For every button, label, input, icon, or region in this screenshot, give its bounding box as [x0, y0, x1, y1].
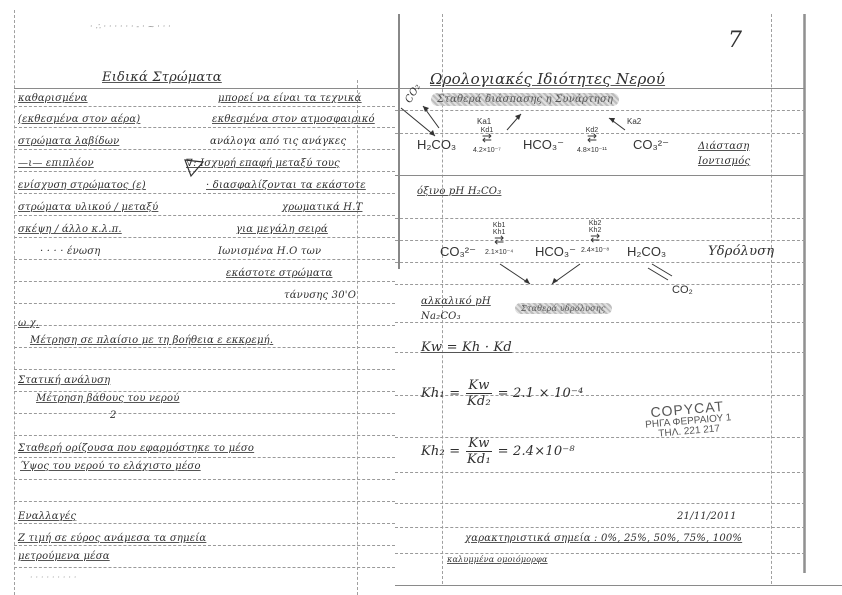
species-hco3-2: HCO₃⁻ — [535, 244, 576, 260]
page-edge — [803, 14, 806, 573]
ruled-line — [14, 325, 395, 326]
ruled-line — [395, 553, 805, 554]
ruled-line — [14, 435, 395, 436]
ruled-line — [14, 149, 395, 150]
right-col-line-9: εκάστοτε στρώματα — [226, 268, 332, 279]
ruled-line — [395, 218, 805, 219]
right-title: Ωρολογιακές Ιδιότητες Νερού — [430, 70, 665, 88]
ruled-line — [14, 567, 395, 568]
ka2-label: Ka2 — [627, 117, 641, 126]
kh1-equation: Kh₁ = Kw Kd₂ = 2.1 × 10⁻⁴ — [421, 378, 583, 409]
ruled-line — [14, 457, 395, 458]
ruled-line — [14, 369, 395, 370]
ruled-line — [14, 391, 395, 392]
left-col-line-8: · · · · ένωση — [40, 246, 100, 257]
species-co3-2: CO₃²⁻ — [440, 244, 476, 260]
species-h2co3: H₂CO₃ — [417, 137, 456, 152]
ruled-line — [14, 106, 395, 107]
ruled-line — [14, 501, 395, 502]
ruled-line — [395, 88, 805, 89]
page-number: 7 — [728, 28, 742, 53]
right-col-line-1: μπορεί να είναι τα τεχνικά — [218, 93, 362, 104]
left-col-line-6: στρώματα υλικού / μεταξύ — [18, 202, 158, 213]
lower-line-10: μετρούμενα μέσα — [18, 551, 110, 562]
lower-line-3: Στατική ανάλυση — [18, 375, 110, 386]
lower-line-5: 2 — [110, 410, 117, 421]
left-inner-line — [357, 80, 358, 595]
left-col-line-1: καθαρισμένα — [18, 93, 88, 104]
alkaline-note: αλκαλικό pH — [421, 296, 491, 307]
kh2-equation: Kh₂ = Kw Kd₁ = 2.4×10⁻⁸ — [421, 436, 575, 467]
right-col-line-4: ∇: Ισχυρή επαφή μεταξύ τους — [186, 158, 340, 169]
left-col-line-4: —ι— επιπλέον — [18, 158, 94, 169]
equilibrium-arrow-icon: ⇄ — [590, 234, 600, 244]
right-col-line-7: για μεγάλη σειρά — [236, 224, 328, 235]
left-col-line-3: στρώματα λαβίδων — [18, 136, 119, 147]
dissociation-label: Διάσταση Ιοντισμός — [698, 139, 768, 169]
lower-line-11: · · · · · · · · · — [30, 573, 77, 582]
species-hco3: HCO₃⁻ — [523, 137, 564, 153]
right-inner-line — [771, 14, 772, 584]
lower-line-4: Μέτρηση βάθους του νερού — [36, 393, 179, 404]
left-notebook-page: · ∴ · · · · · · - · ~ · · · Ειδικά Στρώμ… — [0, 0, 395, 595]
ruled-line — [14, 479, 395, 480]
ruled-line — [14, 303, 395, 304]
ruled-line — [14, 259, 395, 260]
ruled-line — [14, 281, 395, 282]
right-col-line-5: · διασφαλίζονται τα εκάστοτε — [206, 180, 366, 191]
triangle-mark-icon — [183, 158, 205, 178]
equilibrium-arrow-icon: ⇄ — [482, 134, 492, 144]
equilibrium-arrow-4: Kb2 Kh2 ⇄ 2.4×10⁻⁸ — [581, 220, 609, 254]
copycat-stamp: COPYCAT ΡΗΓΑ ΦΕΡΡΑΙΟΥ 1 ΤΗΛ. 221 217 — [644, 398, 733, 441]
right-notebook-page: 7 CO₂ Ωρολογιακές Ιδιότητες Νερού Σταθερ… — [395, 0, 842, 595]
ruled-line — [14, 127, 395, 128]
na2co3-note: Na₂CO₃ — [421, 311, 461, 322]
right-col-line-8: Ιωνισμένα Η.Ο των — [218, 246, 321, 257]
right-col-line-2: εκθεσμένα στον ατμοσφαιρικό — [212, 114, 375, 125]
date: 21/11/2011 — [677, 511, 737, 522]
right-col-line-10: τάνυσης 30'Ο — [284, 290, 356, 301]
ruled-line — [395, 175, 805, 176]
ruled-line — [14, 523, 395, 524]
shaded-note-2: Σταθερά υδρόλυσης — [515, 304, 612, 313]
percent-line: χαρακτηριστικά σημεία : 0%, 25%, 50%, 75… — [465, 533, 742, 544]
ruled-line — [14, 193, 395, 194]
acid-note: όξινο pH H₂CO₃ — [417, 186, 501, 197]
equilibrium-arrow-icon: ⇄ — [587, 134, 597, 144]
equilibrium-arrow-3: Kb1 Kh1 ⇄ 2.1×10⁻⁴ — [485, 222, 513, 256]
equilibrium-arrow-1: Kd1 ⇄ 4.2×10⁻⁷ — [473, 127, 501, 154]
ruled-line — [14, 545, 395, 546]
species-co3: CO₃²⁻ — [633, 137, 669, 153]
lower-line-9: Ζ τιμή σε εύρος ανάμεσα τα σημεία — [18, 533, 206, 544]
ruled-line — [14, 215, 395, 216]
lower-line-8: Εναλλαγές — [18, 511, 76, 522]
species-h2co3-2: H₂CO₃ — [627, 244, 666, 259]
last-line: καλυμμένα ομοιόμορφα — [447, 555, 548, 564]
left-heading: Ειδικά Στρώματα — [102, 70, 222, 85]
margin-arrows-icon — [399, 100, 443, 140]
ruled-line — [14, 237, 395, 238]
ruled-line — [395, 585, 842, 586]
top-marks: · ∴ · · · · · · - · ~ · · · — [90, 22, 171, 31]
equilibrium-arrow-icon: ⇄ — [494, 236, 504, 246]
right-col-line-3: ανάλογα από τις ανάγκες — [210, 136, 346, 147]
lower-line-1: ω.χ. — [18, 318, 39, 329]
ruled-line — [14, 413, 395, 414]
ruled-line — [14, 347, 395, 348]
ruled-line — [395, 527, 805, 528]
lower-line-7: Ύψος του νερού το ελάχιστο μέσο — [20, 461, 201, 472]
co2-product: CO₂ — [672, 284, 693, 296]
lower-line-2: Μέτρηση σε πλαίσιο με τη βοήθεια ε εκκρε… — [30, 335, 273, 346]
ruled-line — [14, 88, 395, 89]
hydrolysis-label: Υδρόλυση — [708, 244, 774, 259]
left-col-line-2: (εκθεσμένα στον αέρα) — [18, 114, 140, 125]
ruled-line — [395, 472, 805, 473]
right-col-line-6: χρωματικά Η.Τ — [282, 202, 362, 213]
shaded-subtitle: Σταθερά διάσπασης η Συνάρτηση — [431, 94, 619, 105]
left-col-line-5: ενίσχυση στρώματος (ε) — [18, 180, 146, 191]
hydrolysis-arrows-icon — [480, 262, 680, 302]
equilibrium-arrow-2: Kd2 ⇄ 4.8×10⁻¹¹ — [577, 127, 607, 154]
left-col-line-7: σκέψη / άλλο κ.λ.π. — [18, 224, 122, 235]
ruled-line — [395, 503, 805, 504]
kw-equation: Kw = Kh · Kd — [421, 340, 512, 355]
ruled-line — [395, 322, 805, 323]
ka1-label: Ka1 — [477, 117, 491, 126]
lower-line-6: Σταθερή ορίζουσα που εφαρμόστηκε το μέσο — [18, 443, 254, 454]
